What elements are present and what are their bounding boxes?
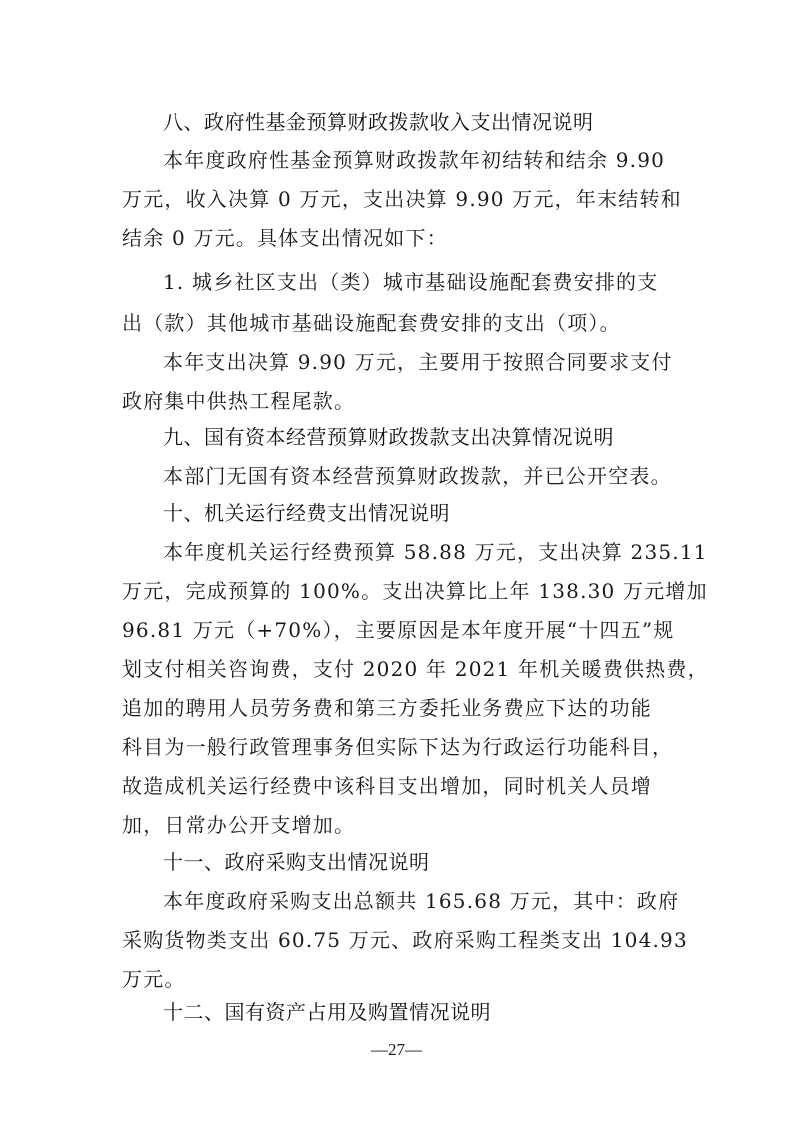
paragraph-line: 科目为一般行政管理事务但实际下达为行政运行功能科目， (122, 735, 682, 759)
paragraph-line: 万元，收入决算 0 万元，支出决算 9.90 万元，年末结转和 (122, 187, 682, 211)
section-heading: 十二、国有资产占用及购置情况说明 (163, 1000, 723, 1024)
paragraph-line: 追加的聘用人员劳务费和第三方委托业务费应下达的功能 (122, 696, 682, 720)
page-number: —27— (0, 1040, 793, 1060)
paragraph-line: 政府集中供热工程尾款。 (122, 389, 682, 413)
paragraph-line: 96.81 万元（+70%），主要原因是本年度开展“十四五”规 (122, 618, 682, 642)
section-heading: 十、机关运行经费支出情况说明 (163, 501, 723, 525)
paragraph-line: 万元，完成预算的 100%。支出决算比上年 138.30 万元增加 (122, 579, 682, 603)
section-heading: 八、政府性基金预算财政拨款收入支出情况说明 (163, 110, 723, 134)
paragraph-line: 划支付相关咨询费，支付 2020 年 2021 年机关暖费供热费， (122, 657, 682, 681)
paragraph-line: 本年度政府采购支出总额共 165.68 万元，其中：政府 (163, 889, 723, 913)
paragraph-line: 出（款）其他城市基础设施配套费安排的支出（项）。 (122, 311, 682, 335)
section-heading: 十一、政府采购支出情况说明 (163, 850, 723, 874)
paragraph-line: 故造成机关运行经费中该科目支出增加，同时机关人员增 (122, 774, 682, 798)
paragraph-line: 加，日常办公开支增加。 (122, 813, 682, 837)
paragraph-line: 结余 0 万元。具体支出情况如下： (122, 226, 682, 250)
paragraph-line: 本年度机关运行经费预算 58.88 万元，支出决算 235.11 (163, 540, 723, 564)
paragraph-line: 万元。 (122, 967, 682, 991)
section-heading: 九、国有资本经营预算财政拨款支出决算情况说明 (163, 425, 723, 449)
paragraph-line: 本部门无国有资本经营预算财政拨款，并已公开空表。 (163, 464, 723, 488)
paragraph-line: 本年支出决算 9.90 万元，主要用于按照合同要求支付 (163, 350, 723, 374)
paragraph-line: 1. 城乡社区支出（类）城市基础设施配套费安排的支 (163, 270, 723, 294)
paragraph-line: 本年度政府性基金预算财政拨款年初结转和结余 9.90 (163, 148, 723, 172)
paragraph-line: 采购货物类支出 60.75 万元、政府采购工程类支出 104.93 (122, 928, 682, 952)
